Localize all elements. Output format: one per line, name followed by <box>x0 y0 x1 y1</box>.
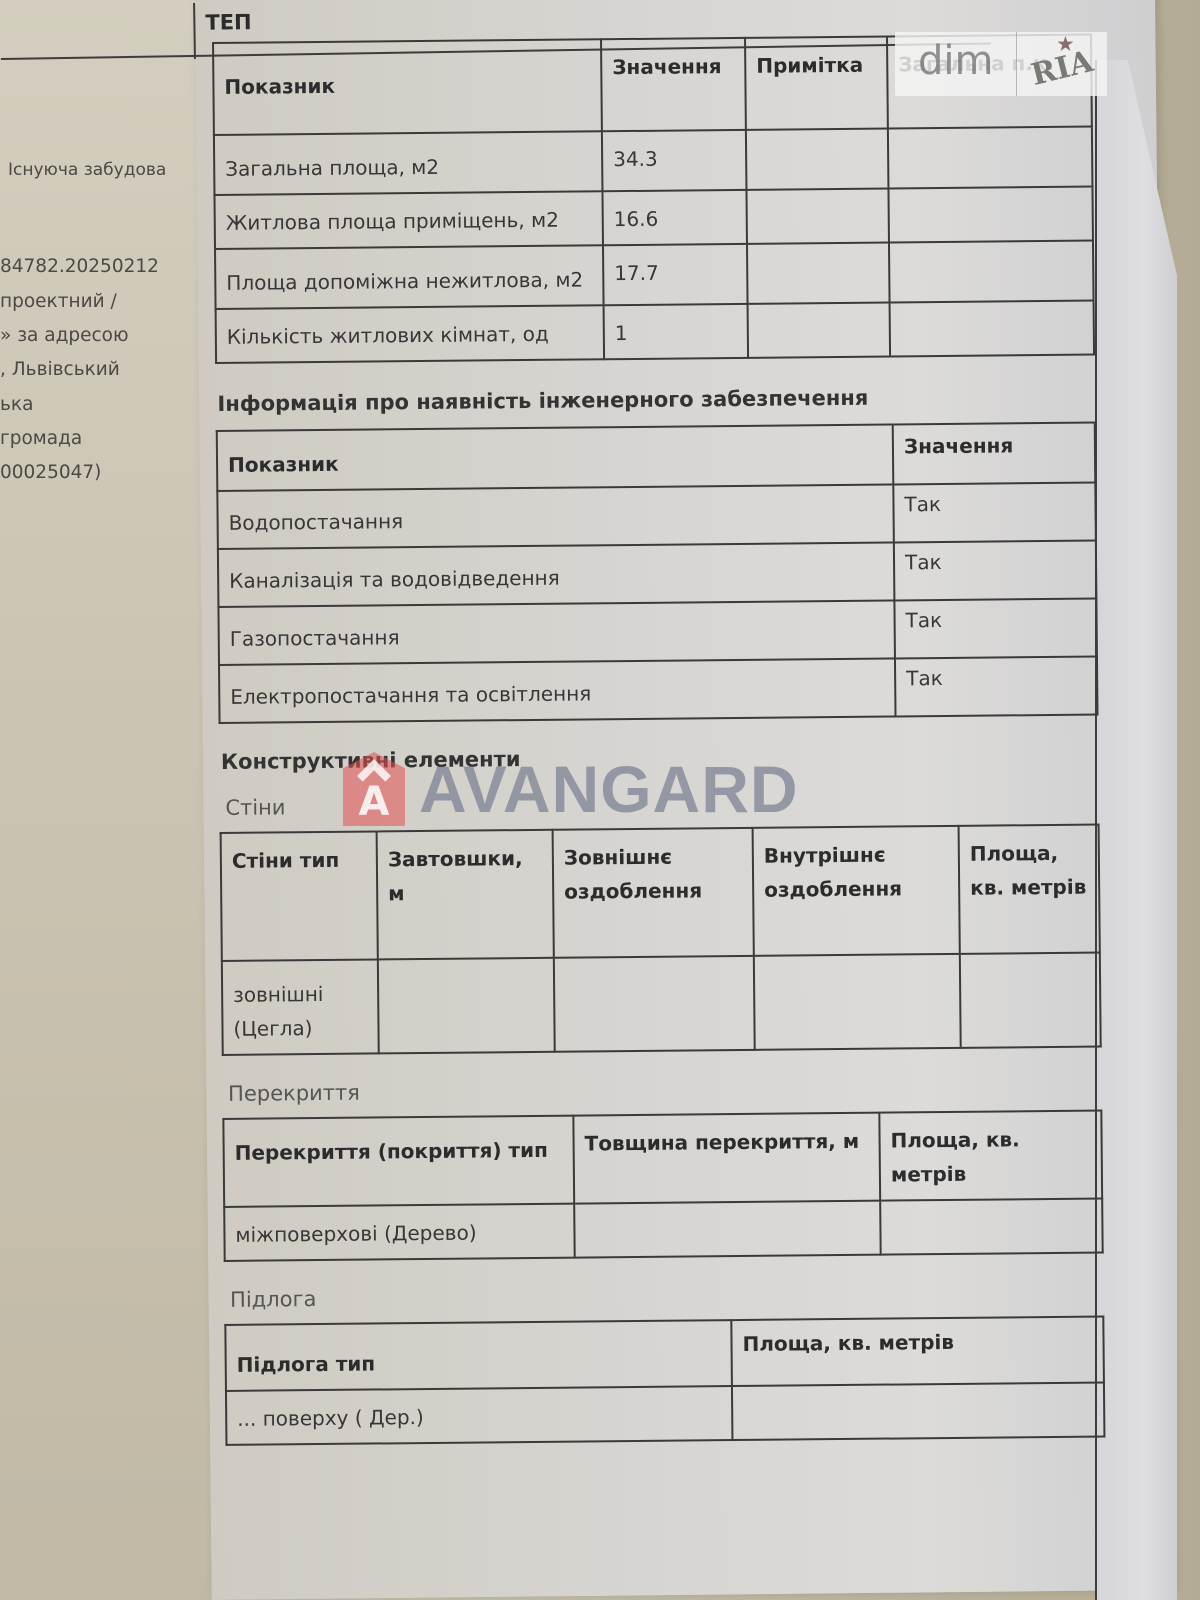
left-page-sheet <box>0 0 215 1600</box>
ria-logo-text: RIA <box>1028 43 1097 92</box>
table-row: Електропостачання та освітлення Так <box>219 657 1098 723</box>
value-cell: Так <box>894 541 1097 601</box>
thickness-cell <box>378 958 555 1054</box>
walls-header-row: Стіни тип Завтовшки, м Зовнішнє оздоблен… <box>221 825 1100 961</box>
tep-label: ТЕП <box>205 10 252 35</box>
ceiling-area-cell <box>880 1199 1103 1255</box>
interior-finish-cell <box>754 954 961 1050</box>
total-cell <box>889 241 1094 303</box>
document-body: Показник Значення Примітка Загальна п.к.… <box>212 32 1105 1446</box>
header-area: Площа, кв. метрів <box>959 825 1100 954</box>
note-cell <box>748 303 891 358</box>
indicator-cell: Житлова площа приміщень, м2 <box>214 191 603 249</box>
left-fragment: , Львівський <box>0 359 120 380</box>
indicator-cell: Каналізація та водовідведення <box>218 542 895 606</box>
header-note: Примітка <box>745 37 888 130</box>
indicator-cell: Газопостачання <box>218 600 895 664</box>
header-value: Значення <box>893 423 1096 485</box>
value-cell: Так <box>894 599 1097 659</box>
engineering-table: Показник Значення Водопостачання Так Кан… <box>216 422 1099 724</box>
table-row: Водопостачання Так <box>217 483 1096 549</box>
floor-header-row: Підлога тип Площа, кв. метрів <box>225 1317 1104 1391</box>
engineering-section-title: Інформація про наявність інженерного заб… <box>217 384 1095 416</box>
value-cell: 16.6 <box>602 190 747 245</box>
total-cell <box>888 127 1093 189</box>
left-fragment: » за адресою <box>0 325 129 346</box>
indicator-cell: Площа допоміжна нежитлова, м2 <box>215 245 604 309</box>
table-row: Житлова площа приміщень, м2 16.6 <box>214 187 1092 249</box>
header-ceiling-thickness: Товщина перекриття, м <box>573 1113 880 1204</box>
ceiling-type-cell: міжповерхові (Дерево) <box>224 1204 575 1261</box>
dimria-watermark: dim ★ RIA <box>895 32 1107 96</box>
floor-subtitle: Підлога <box>230 1279 1104 1311</box>
header-exterior-finish: Зовнішнє оздоблення <box>553 828 754 958</box>
note-cell <box>746 129 889 190</box>
header-floor-type: Підлога тип <box>225 1320 732 1391</box>
header-wall-type: Стіни тип <box>221 831 378 960</box>
header-divider <box>193 3 196 59</box>
left-fragment: громада <box>0 428 82 449</box>
table-row: міжповерхові (Дерево) <box>224 1199 1102 1261</box>
table-row: зовнішні (Цегла) <box>222 953 1101 1055</box>
note-cell <box>746 189 889 244</box>
total-cell <box>888 187 1093 243</box>
walls-table: Стіни тип Завтовшки, м Зовнішнє оздоблен… <box>220 824 1102 1056</box>
floor-type-cell: ... поверху ( Дер.) <box>226 1386 732 1445</box>
value-cell: Так <box>895 657 1098 717</box>
wall-type-cell: зовнішні (Цегла) <box>222 959 379 1054</box>
ceilings-header-row: Перекриття (покриття) тип Товщина перекр… <box>223 1111 1102 1207</box>
floor-table: Підлога тип Площа, кв. метрів ... поверх… <box>224 1315 1105 1445</box>
header-ceiling-type: Перекриття (покриття) тип <box>223 1116 574 1207</box>
ria-logo: ★ RIA <box>1017 32 1107 96</box>
left-fragment: ька <box>0 394 33 415</box>
header-thickness: Завтовшки, м <box>377 830 554 960</box>
total-cell <box>890 301 1095 357</box>
left-fragment: проектний / <box>0 291 117 312</box>
indicator-cell: Водопостачання <box>217 484 894 548</box>
value-cell: 34.3 <box>602 130 747 191</box>
header-interior-finish: Внутрішнє оздоблення <box>753 826 960 956</box>
value-cell: Так <box>893 483 1096 543</box>
engineering-header-row: Показник Значення <box>217 423 1096 491</box>
ceilings-subtitle: Перекриття <box>228 1074 1102 1106</box>
left-fragment: 84782.20250212 <box>0 256 159 277</box>
header-floor-area: Площа, кв. метрів <box>731 1317 1104 1387</box>
value-cell: 1 <box>604 304 749 359</box>
table-row: ... поверху ( Дер.) <box>226 1383 1104 1445</box>
table-row: Каналізація та водовідведення Так <box>218 541 1097 607</box>
table-row: Площа допоміжна нежитлова, м2 17.7 <box>215 241 1094 309</box>
header-value: Значення <box>601 38 746 131</box>
left-fragment: Існуюча забудова <box>8 160 166 180</box>
ceiling-thickness-cell <box>574 1201 881 1258</box>
exterior-finish-cell <box>554 956 755 1052</box>
walls-subtitle: Стіни <box>225 788 1099 820</box>
left-fragment: 00025047) <box>0 462 101 483</box>
table-row: Кількість житлових кімнат, од 1 <box>216 301 1094 363</box>
header-ceiling-area: Площа, кв. метрів <box>879 1111 1102 1201</box>
indicator-cell: Електропостачання та освітлення <box>219 658 896 722</box>
header-indicator: Показник <box>213 39 602 135</box>
note-cell <box>747 243 890 304</box>
table-row: Газопостачання Так <box>218 599 1097 665</box>
area-cell <box>960 953 1101 1048</box>
ceilings-table: Перекриття (покриття) тип Товщина перекр… <box>222 1110 1103 1262</box>
dim-logo-text: dim <box>895 32 1017 96</box>
table-row: Загальна площа, м2 34.3 <box>214 127 1093 195</box>
indicator-cell: Загальна площа, м2 <box>214 131 603 195</box>
page-fold-edge <box>1095 60 1177 1600</box>
floor-area-cell <box>732 1383 1105 1441</box>
header-indicator: Показник <box>217 424 894 490</box>
indicator-cell: Кількість житлових кімнат, од <box>216 305 605 363</box>
value-cell: 17.7 <box>603 244 748 305</box>
structural-section-title: Конструктивні елементи <box>221 742 1099 774</box>
